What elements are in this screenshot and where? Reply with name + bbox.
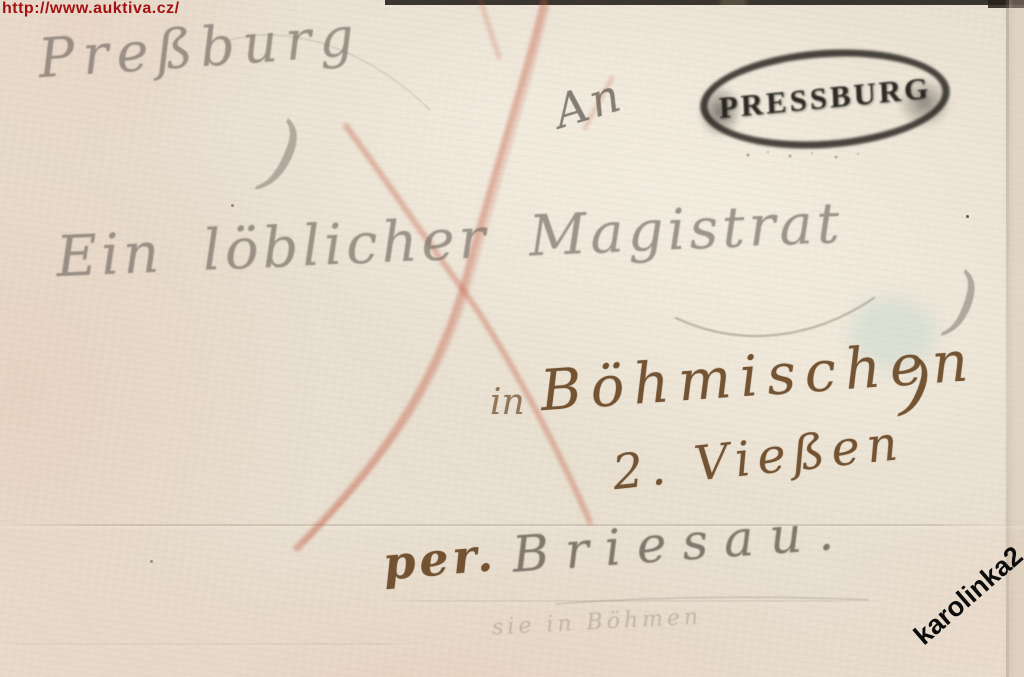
horizontal-crease (0, 524, 1024, 526)
postmark-pressburg: PRESSBURG (697, 41, 953, 156)
postmark-smudge-dots (740, 148, 870, 162)
paper-speck (231, 204, 234, 207)
handwriting-destination: Briesau. (510, 502, 851, 583)
horizontal-crease (0, 643, 420, 645)
handwriting-per: per. (381, 527, 499, 591)
scan-edge-top (385, 0, 1024, 5)
handwriting-address-line2-prefix: in (490, 382, 525, 423)
handwriting-flourish: ) (255, 101, 311, 204)
auction-url-watermark: http://www.auktiva.cz/ (2, 0, 180, 18)
handwriting-address-line3: 2. Vießen (610, 415, 907, 501)
paper-stain (850, 296, 936, 370)
handwriting-flourish: ) (941, 254, 984, 347)
paper-speck (966, 215, 969, 218)
handwriting-address-line1: Ein löblicher Magistrat (55, 191, 845, 290)
handwriting-salutation: An (548, 67, 630, 139)
letter-scan: Preßburg ) An Ein löblicher Magistrat ) … (0, 0, 1024, 677)
handwriting-faint-note: sie in Böhmen (491, 605, 702, 641)
horizontal-crease (380, 600, 880, 602)
paper-speck (150, 560, 153, 563)
